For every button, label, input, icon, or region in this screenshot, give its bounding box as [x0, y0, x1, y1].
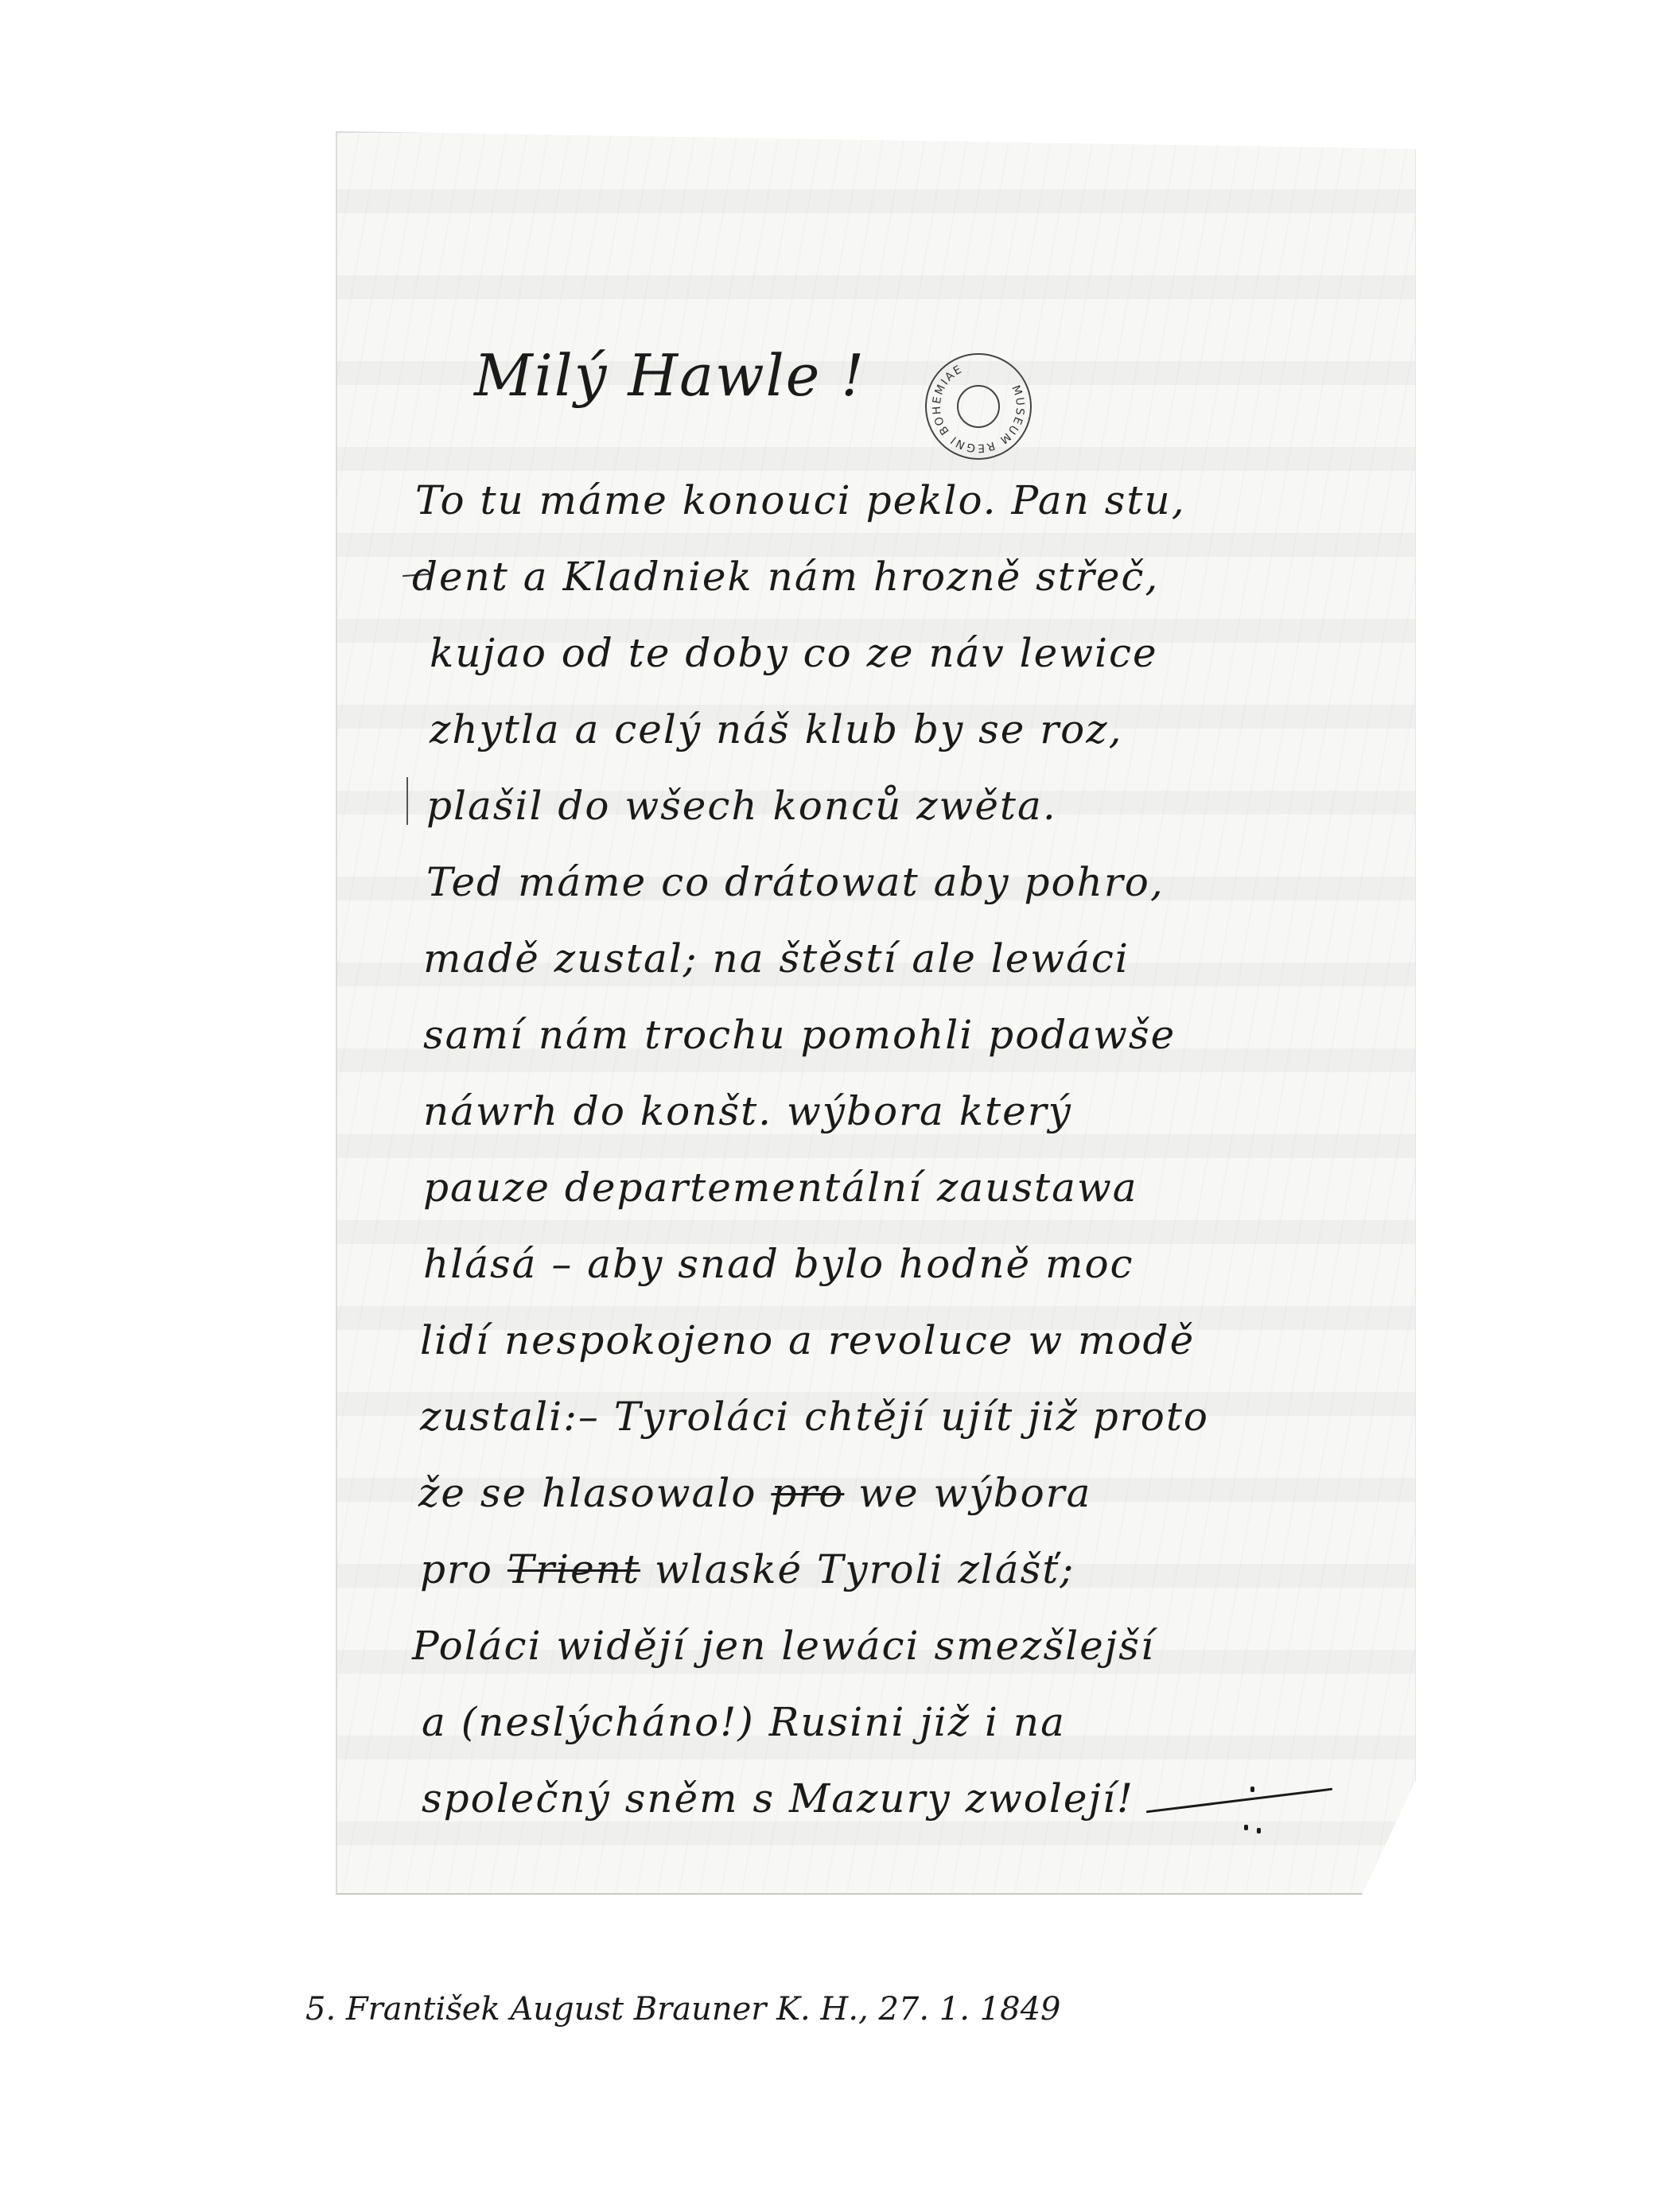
letter-line: pauze departementální zaustawa	[423, 1165, 1138, 1211]
museum-stamp: MUSEUM REGNI BOHEMIAE	[925, 353, 1032, 460]
margin-mark	[406, 777, 408, 825]
letter-line: samí nám trochu pomohli podawše	[423, 1012, 1176, 1058]
struck-word: pro	[771, 1470, 844, 1516]
letter-line: Ted máme co drátowat aby pohro,	[426, 859, 1165, 905]
letter-line: pro Trient wlaské Tyroli zlášť;	[420, 1546, 1075, 1592]
letter-line: zustali:– Tyroláci chtějí ujít již proto	[420, 1394, 1209, 1440]
letter-greeting: Milý Hawle !	[474, 342, 865, 409]
letter-line: a (neslýcháno!) Rusini již i na	[422, 1699, 1066, 1745]
signature-dot	[1250, 1787, 1254, 1792]
signature-dot	[1244, 1825, 1248, 1830]
caption-number: 5.	[305, 1991, 336, 2028]
letter-line: hlásá – aby snad bylo hodně moc	[423, 1241, 1134, 1287]
letter-line: zhytla a celý náš klub by se roz,	[430, 706, 1123, 752]
letter-line: že se hlasowalo pro we wýbora	[418, 1470, 1091, 1516]
stamp-inner-ring	[957, 385, 1000, 428]
letter-line: lidí nespokojeno a revoluce w modě	[420, 1317, 1195, 1363]
figure-caption: 5. František August Brauner K. H., 27. 1…	[305, 1991, 1060, 2028]
struck-word: Trient	[507, 1546, 640, 1592]
letter-line: madě zustal; na štěstí ale lewáci	[423, 935, 1130, 982]
letter-line: dent a Kladniek nám hrozně střeč,	[412, 554, 1159, 600]
letter-line: náwrh do konšt. wýbora který	[423, 1088, 1072, 1134]
letter-line: plašil do wšech konců zwěta.	[426, 783, 1057, 829]
letter-line: Poláci widějí jen lewáci smezšlejší	[412, 1623, 1155, 1669]
letter-line: společný sněm s Mazury zwolejí!	[422, 1775, 1134, 1822]
letter-line: kujao od te doby co ze náv lewice	[430, 630, 1158, 676]
caption-text: František August Brauner K. H., 27. 1. 1…	[346, 1991, 1061, 2028]
signature-dot	[1257, 1828, 1261, 1833]
letter-line: To tu máme konouci peklo. Pan stu,	[415, 477, 1186, 523]
